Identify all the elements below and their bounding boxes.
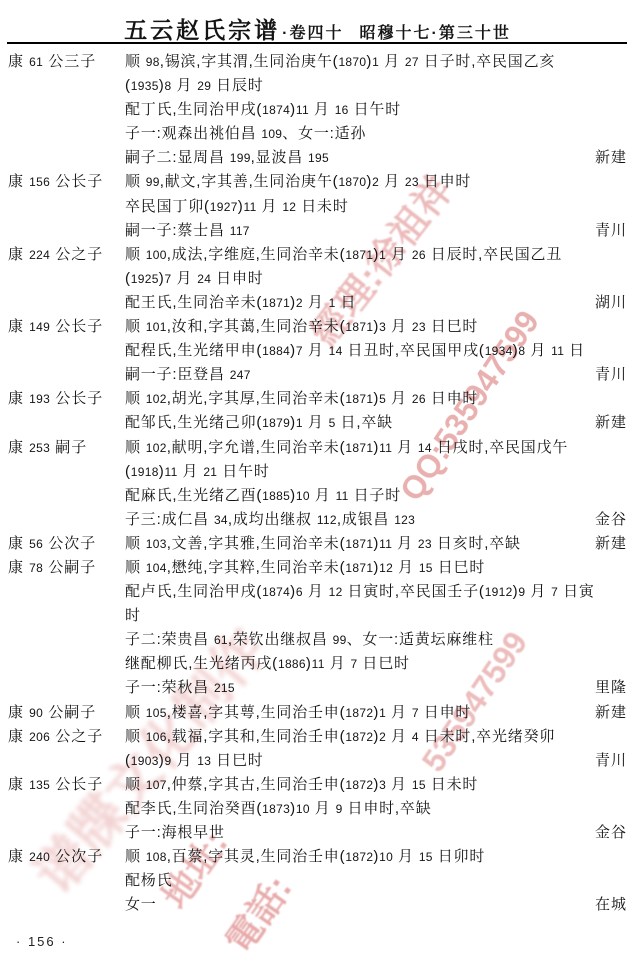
entry-line-text: 配丁氏,生同治甲戌(1874)11 月 16 日午时 [125,101,401,118]
entry-line-text: (1925)7 月 24 日申时 [125,270,264,287]
entry-line-text: 嗣子二:显周昌 199,显波昌 195 [125,149,329,166]
entry-line: 顺 100,成法,字维庭,生同治辛未(1871)1 月 26 日辰时,卒民国乙丑 [125,243,627,267]
entry-line: 配程氏,生光绪甲申(1884)7 月 14 日丑时,卒民国甲戌(1934)8 月… [125,339,627,363]
entry-line-text: 配程氏,生光绪甲申(1884)7 月 14 日丑时,卒民国甲戌(1934)8 月… [125,342,585,359]
entry-line: 配王氏,生同治辛未(1871)2 月 1 日湖川 [125,291,627,315]
entry-line: 嗣子二:显周昌 199,显波昌 195新建 [125,146,627,170]
entry-line: 顺 105,楼喜,字其萼,生同治壬申(1872)1 月 7 日申时新建 [125,701,627,725]
entry-label: 康 224 公之子 [8,243,103,267]
entry-line: 配邹氏,生光绪己卯(1879)1 月 5 日,卒缺新建 [125,411,627,435]
entry-line: 顺 106,载福,字其和,生同治壬申(1872)2 月 4 日未时,卒光绪癸卯 [125,725,627,749]
entry-line-text: 嗣一子:蔡士昌 117 [125,222,250,239]
entry-line: 配李氏,生同治癸酉(1873)10 月 9 日申时,卒缺 [125,797,627,821]
entry-row: 康 56 公次子顺 103,文善,字其雅,生同治辛未(1871)11 月 23 … [0,532,627,556]
entry-label: 康 156 公长子 [8,170,103,194]
entry-line-text: 子一:观森出祧伯昌 109、女一:适孙 [125,125,366,142]
entry-line: 顺 102,献明,字允谱,生同治辛未(1871)11 月 14 日戌时,卒民国戊… [125,436,627,460]
entry-line: 配麻氏,生光绪乙酉(1885)10 月 11 日子时 [125,484,627,508]
residence-tag: 新建 [595,411,627,435]
entry-line: 配杨氏 [125,869,627,893]
entry-line-text: 顺 101,汝和,字其蔼,生同治辛未(1871)3 月 23 日巳时 [125,318,478,335]
entry-line-text: (1918)11 月 21 日午时 [125,463,270,480]
entry-line-text: 配邹氏,生光绪己卯(1879)1 月 5 日,卒缺 [125,414,393,431]
page-number: · 156 · [16,934,68,949]
entry-line-text: 子三:成仁昌 34,成均出继叔 112,成银昌 123 [125,511,415,528]
entry-line-text: 配卢氏,生同治甲戌(1874)6 月 12 日寅时,卒民国壬子(1912)9 月… [125,583,595,600]
entry-line-text: (1903)9 月 13 日巳时 [125,752,264,769]
entry-line-text: 嗣一子:臣登昌 247 [125,366,251,383]
entry-label: 康 90 公嗣子 [8,701,96,725]
entry-line: 继配柳氏,生光绪丙戌(1886)11 月 7 日巳时 [125,652,627,676]
page-header: 五云赵氏宗谱·卷四十昭穆十七·第三十世 [0,12,635,45]
entry-line: 女一在城 [125,893,627,917]
entry-line: (1925)7 月 24 日申时 [125,267,627,291]
section-label: 昭穆十七·第三十世 [360,25,511,42]
entry-line-text: 子一:荣秋昌 215 [125,679,235,696]
entry-line: 顺 104,懋纯,字其粹,生同治辛未(1871)12 月 15 日巳时 [125,556,627,580]
entry-line: 顺 103,文善,字其雅,生同治辛未(1871)11 月 23 日亥时,卒缺新建 [125,532,627,556]
residence-tag: 青川 [595,749,627,773]
entry-label: 康 253 嗣子 [8,436,87,460]
entry-line: 子三:成仁昌 34,成均出继叔 112,成银昌 123金谷 [125,508,627,532]
entry-label: 康 135 公长子 [8,773,103,797]
entry-line: 子一:荣秋昌 215里隆 [125,676,627,700]
residence-tag: 青川 [595,219,627,243]
entry-label: 康 240 公次子 [8,845,103,869]
entry-line-text: 顺 99,献文,字其善,生同治庚午(1870)2 月 23 日申时 [125,173,471,190]
entry-row: 康 193 公长子顺 102,胡光,字其厚,生同治辛未(1871)5 月 26 … [0,387,627,435]
residence-tag: 金谷 [595,821,627,845]
entry-line: 顺 98,锡滨,字其渭,生同治庚午(1870)1 月 27 日子时,卒民国乙亥 [125,50,627,74]
genealogy-page: 谱牒文化制作經理:徐祖祥QQ:535947599535947599地址:電話: … [0,0,635,968]
entry-row: 康 253 嗣子顺 102,献明,字允谱,生同治辛未(1871)11 月 14 … [0,436,627,532]
residence-tag: 青川 [595,363,627,387]
entry-line: 顺 107,仲蔡,字其古,生同治壬申(1872)3 月 15 日未时 [125,773,627,797]
entry-line: (1903)9 月 13 日巳时青川 [125,749,627,773]
entry-row: 康 240 公次子顺 108,百蔡,字其灵,生同治壬申(1872)10 月 15… [0,845,627,917]
entry-line-text: 顺 108,百蔡,字其灵,生同治壬申(1872)10 月 15 日卯时 [125,848,485,865]
residence-tag: 里隆 [595,676,627,700]
entry-label: 康 78 公嗣子 [8,556,96,580]
residence-tag: 湖川 [595,291,627,315]
entry-label: 康 61 公三子 [8,50,96,74]
entry-row: 康 135 公长子顺 107,仲蔡,字其古,生同治壬申(1872)3 月 15 … [0,773,627,845]
entry-line-text: 顺 100,成法,字维庭,生同治辛未(1871)1 月 26 日辰时,卒民国乙丑 [125,246,562,263]
entry-row: 康 149 公长子顺 101,汝和,字其蔼,生同治辛未(1871)3 月 23 … [0,315,627,387]
entry-line: 嗣一子:蔡士昌 117青川 [125,219,627,243]
entry-row: 康 78 公嗣子顺 104,懋纯,字其粹,生同治辛未(1871)12 月 15 … [0,556,627,701]
entry-line: 嗣一子:臣登昌 247青川 [125,363,627,387]
entry-line-text: 配杨氏 [125,872,172,889]
entry-line: 顺 102,胡光,字其厚,生同治辛未(1871)5 月 26 日申时 [125,387,627,411]
entry-line: 时 [125,604,627,628]
entry-label: 康 149 公长子 [8,315,103,339]
entry-line: 配卢氏,生同治甲戌(1874)6 月 12 日寅时,卒民国壬子(1912)9 月… [125,580,627,604]
entry-line: (1935)8 月 29 日辰时 [125,74,627,98]
entry-line-text: 子一:海根早世 [125,824,225,841]
entry-line: 子二:荣贵昌 61,荣钦出继叔昌 99、女一:适黄坛麻维柱 [125,628,627,652]
entry-label: 康 193 公长子 [8,387,103,411]
entry-line-text: 时 [125,607,141,624]
entry-line-text: 顺 98,锡滨,字其渭,生同治庚午(1870)1 月 27 日子时,卒民国乙亥 [125,53,555,70]
entry-label: 康 56 公次子 [8,532,96,556]
entry-line: 子一:海根早世金谷 [125,821,627,845]
entry-line: 子一:观森出祧伯昌 109、女一:适孙 [125,122,627,146]
entry-line: 顺 101,汝和,字其蔼,生同治辛未(1871)3 月 23 日巳时 [125,315,627,339]
entry-line-text: 顺 104,懋纯,字其粹,生同治辛未(1871)12 月 15 日巳时 [125,559,485,576]
entry-row: 康 156 公长子顺 99,献文,字其善,生同治庚午(1870)2 月 23 日… [0,170,627,242]
entry-line-text: 配王氏,生同治辛未(1871)2 月 1 日 [125,294,356,311]
entries-container: 康 61 公三子顺 98,锡滨,字其渭,生同治庚午(1870)1 月 27 日子… [0,50,627,917]
volume-label: ·卷四十 [282,25,343,42]
residence-tag: 新建 [595,532,627,556]
entry-line-text: 配李氏,生同治癸酉(1873)10 月 9 日申时,卒缺 [125,800,432,817]
entry-line: 顺 99,献文,字其善,生同治庚午(1870)2 月 23 日申时 [125,170,627,194]
entry-line-text: 顺 107,仲蔡,字其古,生同治壬申(1872)3 月 15 日未时 [125,776,478,793]
entry-line-text: 顺 106,载福,字其和,生同治壬申(1872)2 月 4 日未时,卒光绪癸卯 [125,728,555,745]
entry-row: 康 206 公之子顺 106,载福,字其和,生同治壬申(1872)2 月 4 日… [0,725,627,773]
header-divider [7,42,627,44]
entry-line-text: 顺 103,文善,字其雅,生同治辛未(1871)11 月 23 日亥时,卒缺 [125,535,521,552]
residence-tag: 新建 [595,146,627,170]
entry-line-text: 顺 105,楼喜,字其萼,生同治壬申(1872)1 月 7 日申时 [125,704,471,721]
entry-line-text: 顺 102,胡光,字其厚,生同治辛未(1871)5 月 26 日申时 [125,390,478,407]
entry-label: 康 206 公之子 [8,725,103,749]
residence-tag: 在城 [595,893,627,917]
entry-line: 配丁氏,生同治甲戌(1874)11 月 16 日午时 [125,98,627,122]
residence-tag: 金谷 [595,508,627,532]
entry-line-text: 配麻氏,生光绪乙酉(1885)10 月 11 日子时 [125,487,401,504]
entry-line-text: (1935)8 月 29 日辰时 [125,77,264,94]
residence-tag: 新建 [595,701,627,725]
entry-line-text: 继配柳氏,生光绪丙戌(1886)11 月 7 日巳时 [125,655,410,672]
entry-row: 康 90 公嗣子顺 105,楼喜,字其萼,生同治壬申(1872)1 月 7 日申… [0,701,627,725]
entry-row: 康 61 公三子顺 98,锡滨,字其渭,生同治庚午(1870)1 月 27 日子… [0,50,627,170]
entry-line-text: 子二:荣贵昌 61,荣钦出继叔昌 99、女一:适黄坛麻维柱 [125,631,494,648]
entry-line: 顺 108,百蔡,字其灵,生同治壬申(1872)10 月 15 日卯时 [125,845,627,869]
entry-row: 康 224 公之子顺 100,成法,字维庭,生同治辛未(1871)1 月 26 … [0,243,627,315]
entry-line: (1918)11 月 21 日午时 [125,460,627,484]
entry-line-text: 女一 [125,896,157,913]
page-title: 五云赵氏宗谱 [124,17,280,43]
entry-line-text: 顺 102,献明,字允谱,生同治辛未(1871)11 月 14 日戌时,卒民国戊… [125,439,568,456]
entry-line-text: 卒民国丁卯(1927)11 月 12 日未时 [125,198,349,215]
entry-line: 卒民国丁卯(1927)11 月 12 日未时 [125,195,627,219]
